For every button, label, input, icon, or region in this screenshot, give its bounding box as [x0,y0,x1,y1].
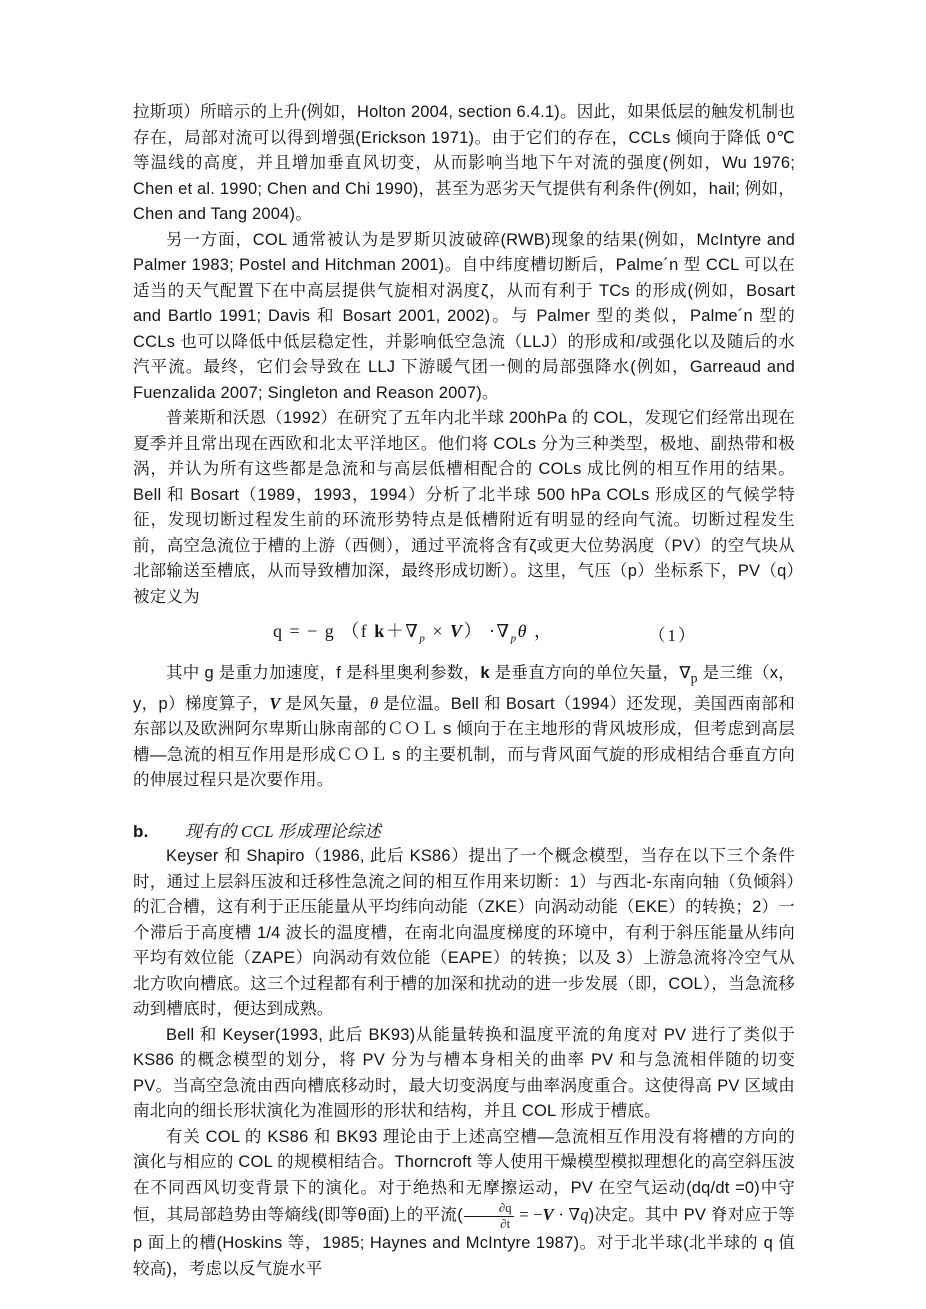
paragraph-4: 其中 g 是重力加速度，f 是科里奥利参数，k 是垂直方向的单位矢量，∇p 是三… [133,661,795,794]
section-title: 现有的 CCL 形成理论综述 [185,822,381,841]
equation-number: （1） [649,623,698,649]
q-symbol-italic: q [580,1206,588,1225]
k-unit-vector-inline: k [480,664,489,682]
paragraph-6: Bell 和 Keyser(1993, 此后 BK93)从能量转换和温度平流的角… [133,1023,795,1125]
paragraph-2: 另一方面，COL 通常被认为是罗斯贝波破碎(RWB)现象的结果(例如，McInt… [133,228,795,407]
partial-derivative-fraction: ∂q∂t [464,1201,514,1231]
wind-vector-v-p7: V [543,1206,554,1225]
section-heading-b: b.现有的 CCL 形成理论综述 [133,819,795,845]
nabla-subscript-p-inline: p [691,670,698,685]
theta-symbol: θ [518,621,528,641]
close-dot-nabla: ） ·∇ [464,621,511,641]
paragraph-5: Keyser 和 Shapiro（1986, 此后 KS86）提出了一个概念模型… [133,844,795,1023]
fraction-denominator: ∂t [464,1217,514,1231]
fraction-numerator: ∂q [464,1201,514,1216]
p4-run-1: 其中 g 是重力加速度，f 是科里奥利参数， [166,664,480,682]
plus-nabla: ＋∇ [386,621,420,641]
document-text-block: 拉斯项）所暗示的上升(例如，Holton 2004, section 6.4.1… [133,100,795,1282]
p4-run-2: 是垂直方向的单位矢量，∇ [490,664,691,682]
theta-symbol-inline: θ [370,694,378,713]
k-unit-vector: k [374,621,386,641]
nabla-subscript-p2: p [511,633,518,645]
equation-1: q = − g （f k＋∇p × V） ·∇pθ ， [273,619,553,652]
equation-comma: ， [528,621,554,641]
equation-lhs: q = − g （f [273,621,374,641]
p7-run-3: · ∇ [554,1206,580,1225]
wind-vector-v: V [450,621,464,641]
document-page: 拉斯项）所暗示的上升(例如，Holton 2004, section 6.4.1… [0,0,926,1309]
p7-run-2: = − [515,1206,543,1225]
wind-vector-v-inline: V [269,694,280,713]
paragraph-1: 拉斯项）所暗示的上升(例如，Holton 2004, section 6.4.1… [133,100,795,228]
p4-run-4: 是风矢量， [281,695,370,713]
paragraph-7: 有关 COL 的 KS86 和 BK93 理论由于上述高空槽—急流相互作用没有将… [133,1125,795,1282]
section-label: b. [133,819,185,845]
cross-product-sign: × [426,621,450,641]
display-equation-row: q = − g （f k＋∇p × V） ·∇pθ ， （1） [133,610,795,661]
paragraph-3: 普莱斯和沃恩（1992）在研究了五年内北半球 200hPa 的 COL，发现它们… [133,406,795,610]
